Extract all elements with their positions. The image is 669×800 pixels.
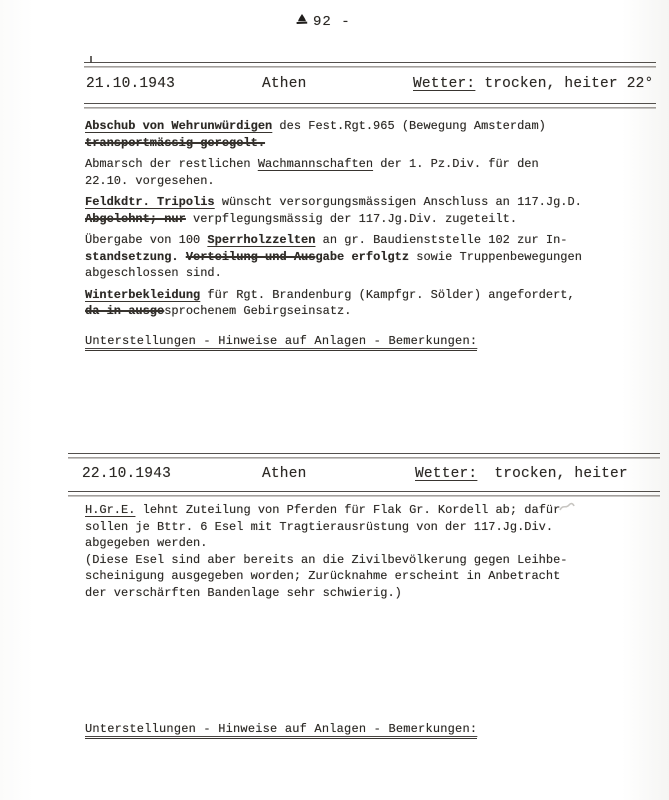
entry2-body: H.Gr.E. lehnt Zuteilung von Pferden für … — [85, 502, 665, 606]
page-number: 92 - — [296, 13, 351, 31]
weather-label: Wetter: — [413, 76, 475, 92]
text-segment: Abschub von Wehrunwürdigen — [85, 119, 272, 133]
entry1-date: 21.10.1943 — [86, 76, 175, 92]
text-segment: sowie Truppenbewegungen — [409, 250, 582, 264]
weather-value: trocken, heiter 22° — [484, 76, 653, 92]
entry1-weather: Wetter:trocken, heiter 22° — [413, 76, 653, 92]
paragraph: Übergabe von 100 Sperrholzzelten an gr. … — [85, 232, 665, 282]
horizontal-rule — [84, 62, 656, 66]
text-segment: abgegeben werden. — [85, 536, 207, 550]
paragraph: Winterbekleidung für Rgt. Brandenburg (K… — [85, 287, 665, 320]
text-segment: Sperrholzzelten — [207, 233, 315, 247]
paragraph: Abschub von Wehrunwürdigen des Fest.Rgt.… — [85, 118, 665, 151]
text-segment: Abmarsch der restlichen — [85, 157, 258, 171]
entry2-weather: Wetter:trocken, heiter — [415, 466, 628, 482]
text-segment: abgeschlossen sind. — [85, 266, 222, 280]
weather-value: trocken, heiter — [494, 466, 628, 482]
text-segment: gabe — [315, 250, 351, 264]
text-segment: der verschärften Bandenlage sehr schwier… — [85, 586, 402, 600]
ink-smudge-icon — [296, 13, 308, 31]
text-segment: transportmässig geregelt. — [85, 136, 265, 150]
weather-label: Wetter: — [415, 466, 477, 482]
entry1-place: Athen — [262, 76, 307, 92]
pencil-smudge-icon — [558, 500, 576, 519]
rule-tick-mark — [90, 56, 92, 63]
text-segment: Feldkdtr. Tripolis — [85, 195, 215, 209]
text-segment: für Rgt. Brandenburg (Kampfgr. Sölder) a… — [200, 288, 574, 302]
entry2-place: Athen — [262, 466, 307, 482]
text-segment: da in ausge — [85, 304, 164, 318]
horizontal-rule — [68, 491, 660, 495]
text-segment: scheinigung ausgegeben worden; Zurücknah… — [85, 569, 560, 583]
horizontal-rule — [68, 453, 660, 457]
paragraph: H.Gr.E. lehnt Zuteilung von Pferden für … — [85, 502, 665, 601]
text-segment: H.Gr.E. — [85, 503, 135, 517]
text-segment: Winterbekleidung — [85, 288, 200, 302]
text-segment: standsetzung. — [85, 250, 186, 264]
text-segment: erfolgtz — [351, 250, 409, 264]
scanned-diary-page: { "page": { "number_label": "92 -" }, "s… — [0, 0, 669, 800]
text-segment: (Diese Esel sind aber bereits an die Ziv… — [85, 553, 567, 567]
text-segment: verpflegungsmässig der 117.Jg.Div. zuget… — [186, 212, 517, 226]
text-segment: lehnt Zuteilung von Pferden für Flak Gr.… — [135, 503, 560, 517]
text-segment: Verteilung und Aus — [186, 250, 316, 264]
entry1-body: Abschub von Wehrunwürdigen des Fest.Rgt.… — [85, 118, 665, 325]
paragraph: Feldkdtr. Tripolis wünscht versorgungsmä… — [85, 194, 665, 227]
text-segment: Abgelehnt; nur — [85, 212, 186, 226]
entry2-footer-heading: Unterstellungen - Hinweise auf Anlagen -… — [85, 719, 477, 739]
text-segment: Übergabe von 100 — [85, 233, 207, 247]
entry1-footer-heading: Unterstellungen - Hinweise auf Anlagen -… — [85, 331, 477, 351]
horizontal-rule — [84, 103, 656, 107]
paragraph: Abmarsch der restlichen Wachmannschaften… — [85, 156, 665, 189]
page-number-label: 92 - — [313, 14, 351, 30]
text-segment: wünscht versorgungsmässigen Anschluss an… — [215, 195, 582, 209]
text-segment: des Fest.Rgt.965 (Bewegung Amsterdam) — [272, 119, 546, 133]
text-segment: sollen je Bttr. 6 Esel mit Tragtierausrü… — [85, 520, 553, 534]
text-segment: 22.10. vorgesehen. — [85, 174, 215, 188]
text-segment: sprochenem Gebirgseinsatz. — [164, 304, 351, 318]
text-segment: Wachmannschaften — [258, 157, 373, 171]
entry2-date: 22.10.1943 — [82, 466, 171, 482]
text-segment: der 1. Pz.Div. für den — [373, 157, 539, 171]
text-segment: an gr. Baudienststelle 102 zur In- — [315, 233, 567, 247]
